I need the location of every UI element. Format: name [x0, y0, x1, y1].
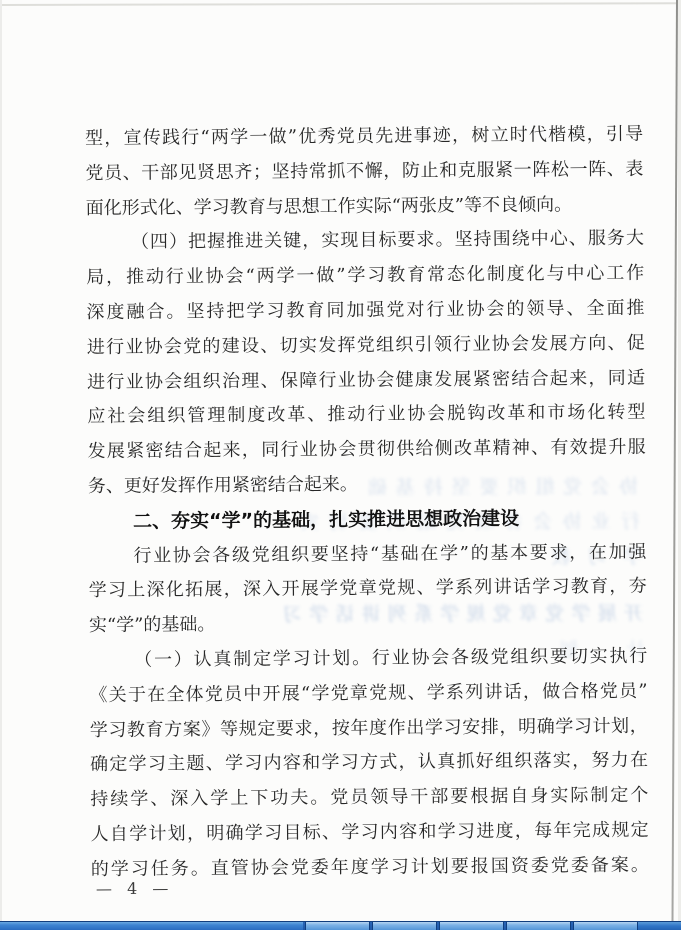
text-line: 深度融合。坚持把学习教育同加强党对行业协会的领导、全面推 [86, 292, 644, 331]
taskbar-start-area[interactable] [0, 922, 303, 930]
text-line: 务、更好发挥作用紧密结合起来。 [88, 466, 646, 505]
page-left-edge [0, 0, 2, 930]
text-line: 实“学”的基础。 [89, 605, 647, 644]
taskbar-window-button[interactable] [372, 922, 437, 930]
taskbar-window-button[interactable] [439, 922, 504, 930]
text-line: 持续学、深入学上下功夫。党员领导干部要根据自身实际制定个 [90, 779, 648, 818]
page-right-edge [671, 0, 677, 930]
scanned-document-page: 协会党组织要坚持基础 行业协会各级党组织要切实 学习教 开展学党章党规学系列讲话… [0, 0, 681, 930]
text-line: （四）把握推进关键，实现目标要求。坚持围绕中心、服务大 [86, 222, 644, 261]
text-line: 的学习任务。直管协会党委年度学习计划要报国资委党委备案。 [91, 848, 649, 887]
text-line: 《关于在全体党员中开展“学党章党规、学系列讲话，做合格党员” [89, 674, 647, 713]
text-line: 局，推动行业协会“两学一做”学习教育常态化制度化与中心工作 [86, 257, 644, 296]
text-line: 面化形式化、学习教育与思想工作实际“两张皮”等不良倾向。 [86, 187, 644, 226]
text-line: 党员、干部见贤思齐；坚持常抓不懈，防止和克服紧一阵松一阵、表 [85, 152, 643, 191]
taskbar[interactable] [0, 921, 681, 930]
text-line: 学习教育方案》等规定要求，按年度作出学习安排，明确学习计划， [90, 709, 648, 748]
taskbar-window-button[interactable] [506, 922, 571, 930]
section-heading: 二、夯实“学”的基础，扎实推进思想政治建设 [88, 500, 646, 539]
page-number: — 4 — [96, 879, 174, 899]
text-line: 型，宣传践行“两学一做”优秀党员先进事迹，树立时代楷模，引导 [85, 118, 643, 157]
text-line: 确定学习主题、学习内容和学习方式，认真抓好组织落实，努力在 [90, 744, 648, 783]
taskbar-window-button[interactable] [573, 922, 638, 930]
text-line: 应社会组织管理制度改革、推动行业协会脱钩改革和市场化转型 [87, 396, 645, 435]
text-line: （一）认真制定学习计划。行业协会各级党组织要切实执行 [89, 640, 647, 679]
document-lines: 型，宣传践行“两学一做”优秀党员先进事迹，树立时代楷模，引导党员、干部见贤思齐；… [85, 118, 649, 888]
text-line: 进行业协会组织治理、保障行业协会健康发展紧密结合起来，同适 [87, 361, 645, 400]
page-top-edge [0, 2, 681, 5]
text-line: 发展紧密结合起来，同行业协会贯彻供给侧改革精神、有效提升服 [87, 431, 645, 470]
taskbar-tray[interactable] [638, 922, 681, 930]
text-line: 进行业协会党的建设、切实发挥党组织引领行业协会发展方向、促 [87, 326, 645, 365]
text-line: 学习上深化拓展，深入开展学党章党规、学系列讲话学习教育，夯 [89, 570, 647, 609]
taskbar-window-button[interactable] [305, 922, 370, 930]
text-line: 人自学计划，明确学习目标、学习内容和学习进度，每年完成规定 [90, 814, 648, 853]
text-line: 行业协会各级党组织要坚持“基础在学”的基本要求，在加强 [88, 535, 646, 574]
